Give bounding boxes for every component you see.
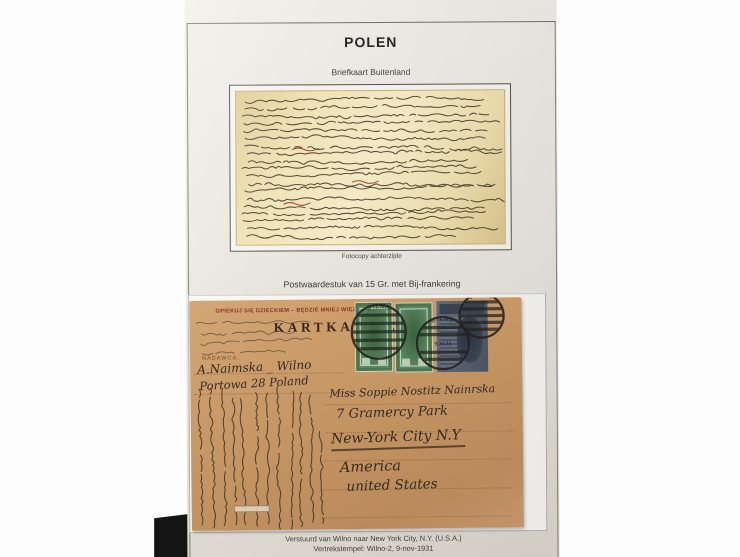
small-label xyxy=(234,505,270,512)
address-line-underlined: New-York City N.Y xyxy=(331,427,466,451)
sender-scribble xyxy=(194,312,313,360)
address-line: 7 Gramercy Park xyxy=(336,401,522,422)
svg-text:9.XI.31: 9.XI.31 xyxy=(434,341,451,347)
handwritten-message-scribble xyxy=(239,92,506,241)
address-line: Miss Soppie Nostitz Nainrska xyxy=(329,381,521,400)
postmark-wilno-3: WILNO xyxy=(455,297,508,347)
address-line: united States xyxy=(346,473,524,495)
postcard-back-photocopy xyxy=(235,89,506,245)
postmark-wilno-1: WILNO xyxy=(347,300,410,368)
page-title: POLEN xyxy=(185,33,557,51)
address-block: Miss Soppie Nostitz Nainrska 7 Gramercy … xyxy=(329,381,524,495)
address-rule xyxy=(323,515,511,518)
page-subtitle: Briefkaart Buitenland xyxy=(185,66,557,78)
photographed-album-page: POLEN Briefkaart Buitenland Fotocopy ach… xyxy=(0,0,740,557)
address-line: America xyxy=(340,454,524,476)
postcard-front: OPIEKUJ SIĘ DZIECKIEM – BĘDZIE MNIEJ WIĘ… xyxy=(189,297,524,531)
photocopy-frame xyxy=(229,83,512,251)
album-sheet: POLEN Briefkaart Buitenland Fotocopy ach… xyxy=(185,0,560,557)
exhibit-caption-2: Vertrekstempel: Wilno-2, 9-nov-1931 xyxy=(187,543,559,554)
exhibit-heading: Postwaardestuk van 15 Gr. met Bij-franke… xyxy=(186,278,558,290)
